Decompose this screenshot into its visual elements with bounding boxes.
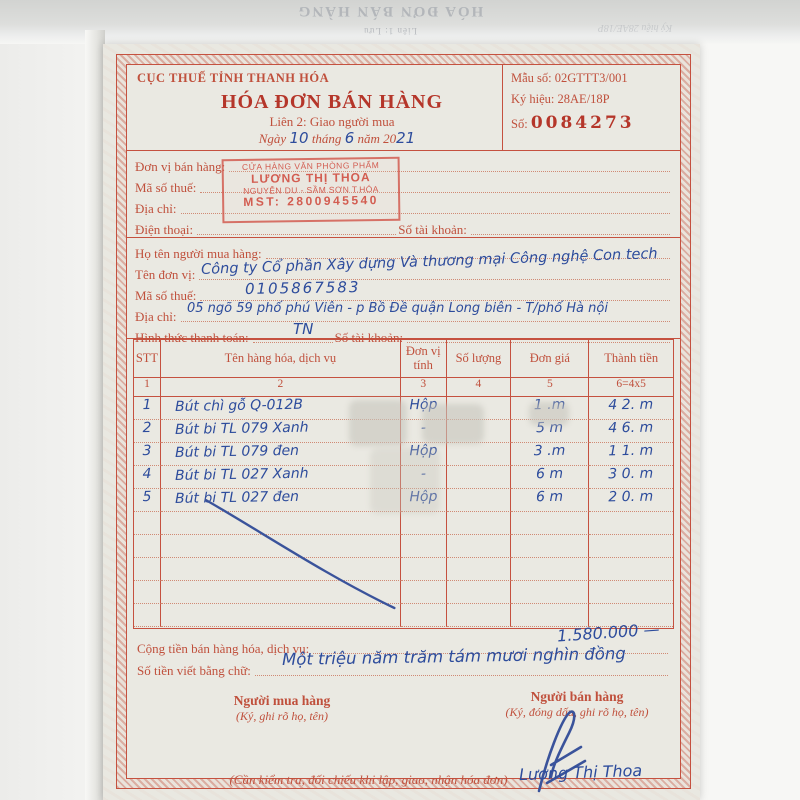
item-row-5: 5 Bút bi TL 027 đen Hộp 6 m 2 0. m [134, 489, 673, 512]
item-name: Bút bi TL 079 Xanh [175, 418, 400, 438]
seller-name-row: Đơn vị bán hàng: [135, 154, 672, 175]
seller-red-stamp: CỬA HÀNG VĂN PHÒNG PHẨM LƯƠNG THỊ THOA N… [222, 157, 401, 223]
buyer-signature-instructions: (Ký, ghi rõ họ, tên) [182, 709, 382, 724]
invoice-header: CỤC THUẾ TỈNH THANH HÓA HÓA ĐƠN BÁN HÀNG… [127, 65, 680, 151]
item-row-3: 3 Bút bi TL 079 đen Hộp 3 .m 1 1. m [134, 443, 673, 466]
date-thang: tháng [312, 131, 342, 146]
index-cell: 5 [511, 378, 589, 397]
col-header-price: Đơn giá [511, 340, 589, 378]
item-unit: Hộp [401, 397, 446, 414]
form-number-line: Mẫu số: 02GTTT3/001 [511, 71, 672, 86]
index-cell: 2 [161, 378, 401, 397]
item-unit: Hộp [401, 489, 446, 506]
dotted-line [471, 220, 670, 235]
item-stt: 5 [134, 489, 160, 505]
item-unit: Hộp [401, 443, 446, 460]
seller-signature-title: Người bán hàng [457, 689, 697, 705]
col-header-unit: Đơn vị tính [401, 340, 447, 378]
pad-folded-page: HÓA ĐƠN BÁN HÀNG Liên 1: Lưu Ký hiệu 28A… [0, 0, 800, 44]
buyer-signature-block: Người mua hàng (Ký, ghi rõ họ, tên) [182, 693, 382, 724]
invoice-title: HÓA ĐƠN BÁN HÀNG [167, 91, 497, 114]
invoice-number-label: Số: [511, 117, 528, 131]
amount-in-words-label: Số tiền viết bằng chữ: [137, 663, 251, 679]
red-hatched-border: CỤC THUẾ TỈNH THANH HÓA HÓA ĐƠN BÁN HÀNG… [116, 54, 691, 789]
seller-section: Đơn vị bán hàng: Mã số thuế: Địa chỉ: Đi… [127, 150, 680, 238]
item-amount: 4 6. m [589, 419, 673, 436]
empty-row [134, 535, 673, 558]
serial-code-label: Ký hiệu: [511, 92, 554, 106]
pad-page-stack-edge [85, 30, 105, 800]
col-header-stt: STT [134, 340, 161, 378]
item-amount: 4 2. m [589, 396, 673, 413]
seller-phone-row: Điện thoại: Số tài khoản: [135, 217, 672, 238]
item-unit: - [401, 420, 446, 437]
item-name: Bút chì gỗ Q-012B [175, 395, 400, 415]
table-header-row: STT Tên hàng hóa, dịch vụ Đơn vị tính Số… [134, 340, 673, 378]
item-price: 1 .m [511, 396, 588, 413]
payment-method-handwritten: TN [293, 320, 313, 338]
form-number-label: Mẫu số: [511, 71, 552, 85]
reversed-serial: Ký hiệu 28AE/18P [555, 22, 715, 33]
seller-address-row: Địa chỉ: [135, 196, 672, 217]
item-unit: - [401, 466, 446, 483]
table-index-row: 1 2 3 4 5 6=4x5 [134, 378, 673, 397]
header-right-box: Mẫu số: 02GTTT3/001 Ký hiệu: 28AE/18P Số… [502, 65, 680, 150]
col-header-qty: Số lượng [447, 340, 512, 378]
item-price: 5 m [511, 419, 588, 436]
item-stt: 3 [134, 443, 160, 459]
index-cell: 4 [447, 378, 512, 397]
invoice-body: CỤC THUẾ TỈNH THANH HÓA HÓA ĐƠN BÁN HÀNG… [126, 64, 681, 779]
index-cell: 3 [401, 378, 447, 397]
invoice-number-line: Số: 0084273 [511, 113, 672, 133]
seller-address-label: Địa chỉ: [135, 201, 177, 217]
item-price: 6 m [511, 488, 588, 505]
date-month-handwritten: 6 [345, 129, 355, 147]
serial-code-value: 28AE/18P [558, 92, 610, 106]
item-name: Bút bi TL 027 đen [175, 487, 400, 507]
buyer-company-row: Tên đơn vị: Công ty Cổ phần Xây dựng Và … [135, 262, 672, 283]
empty-row [134, 581, 673, 604]
serial-code-line: Ký hiệu: 28AE/18P [511, 92, 672, 107]
seller-signature-instructions: (Ký, đóng dấu, ghi rõ họ, tên) [457, 705, 697, 720]
seller-phone-label: Điện thoại: [135, 222, 193, 238]
issuer-name: CỤC THUẾ TỈNH THANH HÓA [137, 71, 329, 86]
item-stt: 2 [134, 420, 160, 436]
seller-name-label: Đơn vị bán hàng: [135, 159, 225, 175]
item-price: 3 .m [511, 442, 588, 459]
buyer-address-label: Địa chỉ: [135, 309, 177, 325]
item-qty [447, 396, 511, 397]
invoice-number-value: 0084273 [531, 113, 635, 133]
empty-row [134, 512, 673, 535]
empty-row [134, 558, 673, 581]
date-day-handwritten: 10 [289, 129, 308, 147]
invoice-page: CỤC THUẾ TỈNH THANH HÓA HÓA ĐƠN BÁN HÀNG… [103, 44, 700, 800]
item-row-1: 1 Bút chì gỗ Q-012B Hộp 1 .m 4 2. m [134, 397, 673, 420]
buyer-company-label: Tên đơn vị: [135, 267, 195, 283]
stamp-tax-code: MST: 2800945540 [224, 194, 398, 210]
item-qty [447, 442, 511, 443]
item-qty [447, 488, 511, 489]
reversed-title: HÓA ĐƠN BÁN HÀNG [280, 2, 500, 19]
item-name: Bút bi TL 079 đen [175, 441, 400, 461]
seller-account-label: Số tài khoản: [398, 222, 467, 238]
date-nam: năm 20 [357, 131, 396, 146]
index-cell: 1 [134, 378, 161, 397]
totals-section: Cộng tiền bán hàng hóa, dịch vụ: 1.580.0… [127, 631, 680, 683]
buyer-address-row: Địa chỉ: 05 ngõ 59 phố phú Viên - p Bồ Đ… [135, 304, 672, 325]
copy-line: Liên 2: Giao người mua [167, 114, 497, 130]
item-qty [447, 419, 511, 420]
item-row-4: 4 Bút bi TL 027 Xanh - 6 m 3 0. m [134, 466, 673, 489]
item-stt: 4 [134, 466, 160, 482]
item-price: 6 m [511, 465, 588, 482]
date-year-handwritten: 21 [396, 129, 415, 147]
seller-tax-label: Mã số thuế: [135, 180, 196, 196]
index-cell: 6=4x5 [589, 378, 673, 397]
item-stt: 1 [134, 397, 160, 413]
date-line: Ngày 10 tháng 6 năm 2021 [187, 129, 487, 147]
item-amount: 3 0. m [589, 465, 673, 482]
seller-signed-name-handwritten: Lương Thị Thoa [519, 761, 643, 784]
col-header-amount: Thành tiền [589, 340, 673, 378]
item-amount: 2 0. m [589, 488, 673, 505]
item-qty [447, 465, 511, 466]
buyer-address-handwritten: 05 ngõ 59 phố phú Viên - p Bồ Đề quận Lo… [187, 301, 608, 316]
buyer-tax-handwritten: 0105867583 [245, 278, 361, 298]
items-table: STT Tên hàng hóa, dịch vụ Đơn vị tính Số… [133, 339, 674, 629]
amount-in-words-row: Số tiền viết bằng chữ: Một triệu năm tră… [137, 657, 670, 679]
seller-tax-row: Mã số thuế: [135, 175, 672, 196]
item-row-2: 2 Bút bi TL 079 Xanh - 5 m 4 6. m [134, 420, 673, 443]
seller-signature-block: Người bán hàng (Ký, đóng dấu, ghi rõ họ,… [457, 689, 697, 720]
buyer-section: Họ tên người mua hàng: Tên đơn vị: Công … [127, 238, 680, 339]
item-amount: 1 1. m [589, 442, 673, 459]
form-number-value: 02GTTT3/001 [555, 71, 628, 85]
col-header-name: Tên hàng hóa, dịch vụ [161, 340, 401, 378]
date-ngay: Ngày [259, 131, 286, 146]
buyer-signature-title: Người mua hàng [182, 693, 382, 709]
item-name: Bút bi TL 027 Xanh [175, 464, 400, 484]
reversed-subtitle: Liên 1: Lưu [330, 26, 450, 36]
